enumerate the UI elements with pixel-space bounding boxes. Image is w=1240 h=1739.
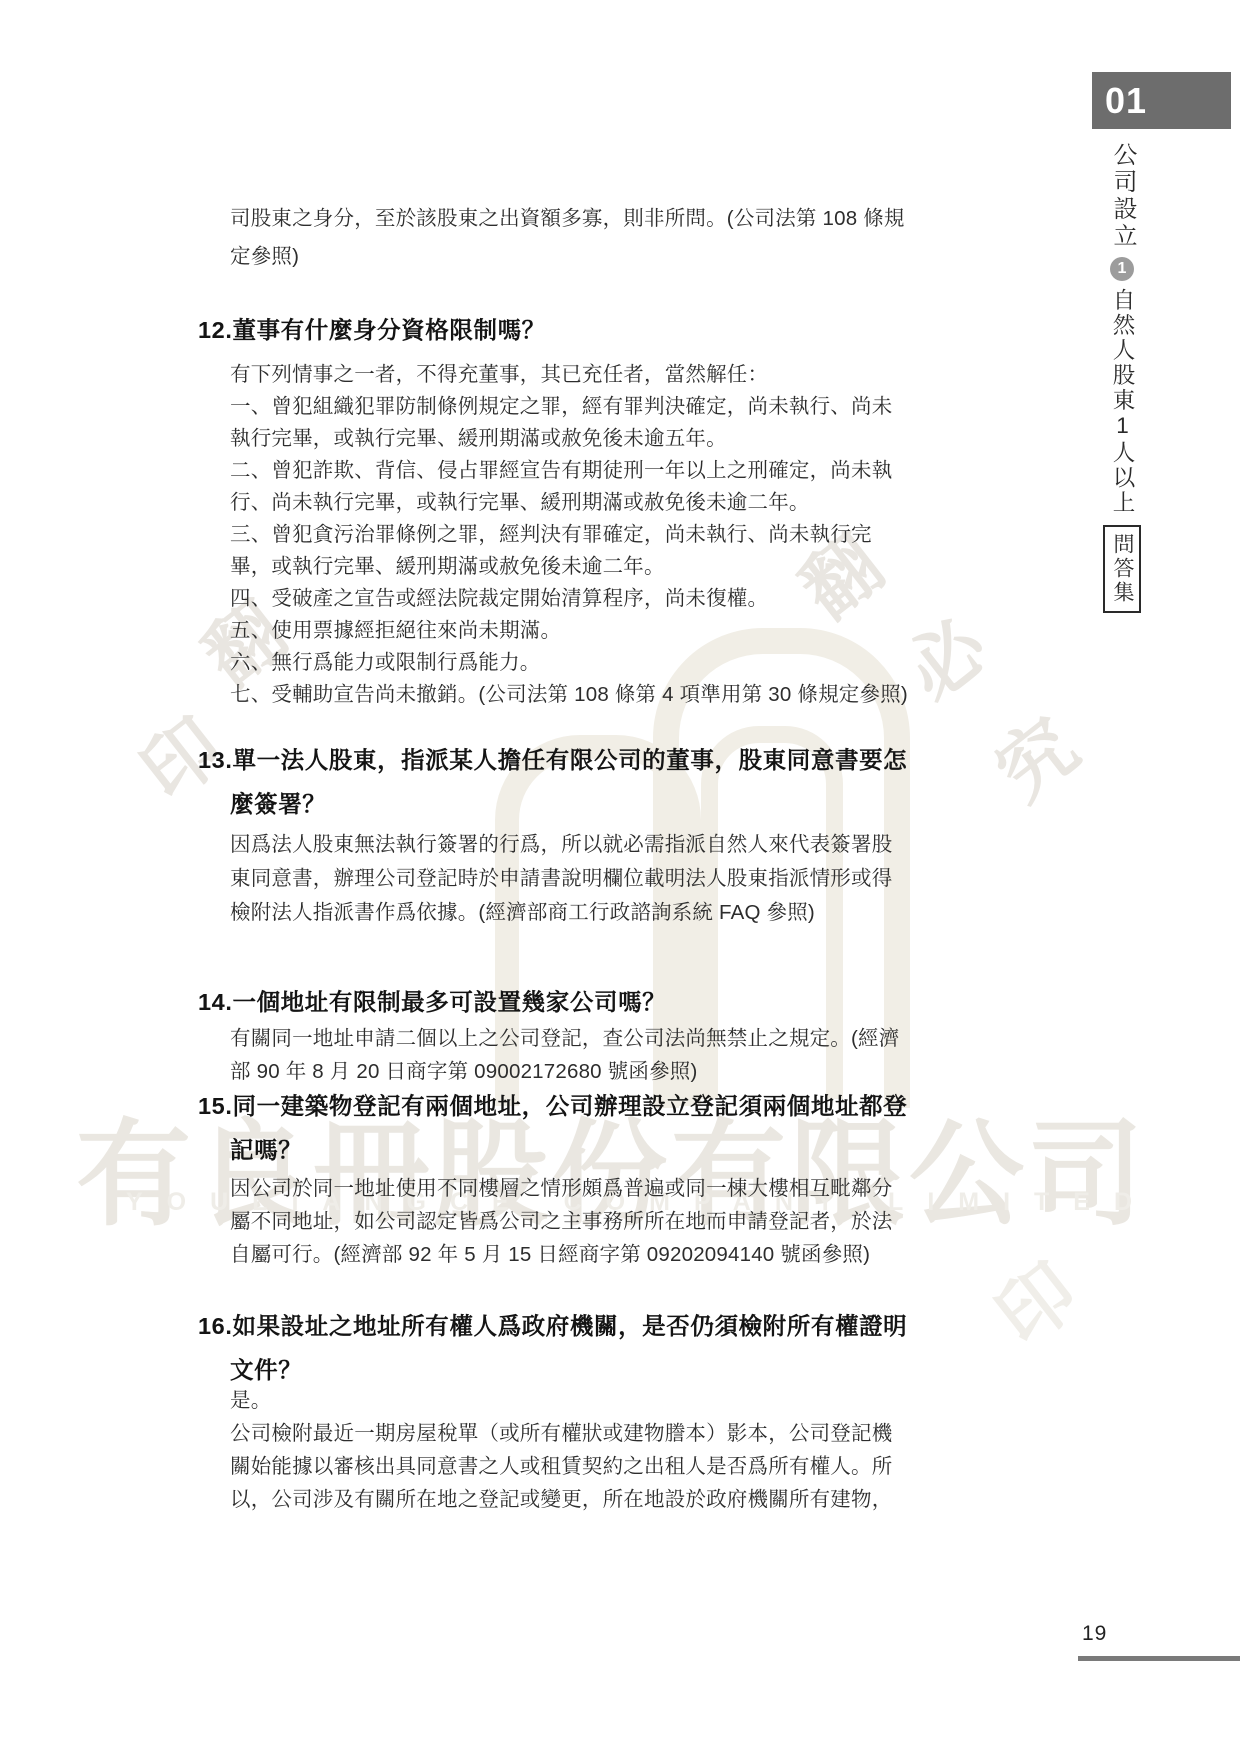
answer-line: 畢，或執行完畢、緩刑期滿或赦免後未逾二年。 [230,554,665,581]
question-heading: 12.董事有什麼身分資格限制嗎？ [198,316,546,345]
answer-line: 東同意書，辦理公司登記時於申請書說明欄位載明法人股東指派情形或得 [230,866,892,893]
page-number: 19 [1082,1622,1107,1646]
question-heading: 14.一個地址有限制最多可設置幾家公司嗎？ [198,988,666,1017]
paragraph-line: 司股東之身分，至於該股東之出資額多寡，則非所問。(公司法第 108 條規 [230,206,905,233]
chapter-number: 01 [1105,80,1147,121]
answer-line: 公司檢附最近一期房屋稅單（或所有權狀或建物謄本）影本，公司登記機 [230,1421,892,1448]
question-heading: 16.如果設址之地址所有權人爲政府機關，是否仍須檢附所有權證明 [198,1312,907,1341]
answer-line: 四、受破產之宣告或經法院裁定開始清算程序，尚未復權。 [230,586,768,613]
watermark-stamp-char: 印 [970,1233,1097,1366]
answer-line: 行、尚未執行完畢，或執行完畢、緩刑期滿或赦免後未逾二年。 [230,490,810,517]
answer-line: 有關同一地址申請二個以上之公司登記，查公司法尚無禁止之規定。(經濟 [230,1026,899,1053]
answer-line: 部 90 年 8 月 20 日商字第 09002172680 號函參照) [230,1059,698,1086]
chapter-tab: 01 [1092,72,1231,129]
answer-line: 屬不同地址，如公司認定皆爲公司之主事務所所在地而申請登記者，於法 [230,1209,892,1236]
answer-line: 檢附法人指派書作爲依據。(經濟部商工行政諮詢系統 FAQ 參照) [230,900,815,927]
sidebar-section-title: 自然人股東1人以上 [1110,288,1135,516]
section-number-badge: 1 [1110,257,1134,281]
answer-line: 有下列情事之一者，不得充董事，其已充任者，當然解任： [230,362,768,389]
answer-line: 五、使用票據經拒絕往來尚未期滿。 [230,618,561,645]
answer-line: 因爲法人股東無法執行簽署的行爲，所以就必需指派自然人來代表簽署股 [230,832,892,859]
answer-line: 二、曾犯詐欺、背信、侵占罪經宣告有期徒刑一年以上之刑確定，尚未執 [230,458,892,485]
answer-line: 自屬可行。(經濟部 92 年 5 月 15 日經商字第 09202094140 … [230,1242,870,1269]
question-heading: 13.單一法人股東，指派某人擔任有限公司的董事，股東同意書要怎 [198,746,907,775]
sidebar-chapter-title: 公司設立 [1109,142,1136,250]
question-heading: 15.同一建築物登記有兩個地址，公司辦理設立登記須兩個地址都登 [198,1092,907,1121]
sidebar-qa-badge: 問答集 [1103,525,1141,613]
footer-rule [1078,1656,1240,1661]
answer-line: 一、曾犯組織犯罪防制條例規定之罪，經有罪判決確定，尚未執行、尚未 [230,394,892,421]
answer-line: 執行完畢，或執行完畢、緩刑期滿或赦免後未逾五年。 [230,426,727,453]
book-page: 有良冊股份有限公司 YOULIANGCE COMPANY LIMITED 翻 印… [0,0,1240,1739]
question-heading: 麼簽署？ [230,790,326,819]
question-heading: 記嗎？ [230,1136,302,1165]
answer-line: 關始能據以審核出具同意書之人或租賃契約之出租人是否爲所有權人。所 [230,1454,892,1481]
answer-line: 三、曾犯貪污治罪條例之罪，經判決有罪確定，尚未執行、尚未執行完 [230,522,872,549]
answer-line: 是。 [230,1388,271,1415]
answer-line: 七、受輔助宣告尚未撤銷。(公司法第 108 條第 4 項準用第 30 條規定參照… [230,682,908,709]
answer-line: 因公司於同一地址使用不同樓層之情形頗爲普遍或同一棟大樓相互毗鄰分 [230,1176,892,1203]
answer-line: 以，公司涉及有關所在地之登記或變更，所在地設於政府機關所有建物， [230,1487,892,1514]
answer-line: 六、無行爲能力或限制行爲能力。 [230,650,541,677]
watermark-stamp-char: 究 [970,688,1097,821]
question-heading: 文件？ [230,1356,302,1385]
paragraph-line: 定參照) [230,244,299,271]
sidebar-chapter-heading: 公司設立1自然人股東1人以上問答集 [1103,142,1141,613]
